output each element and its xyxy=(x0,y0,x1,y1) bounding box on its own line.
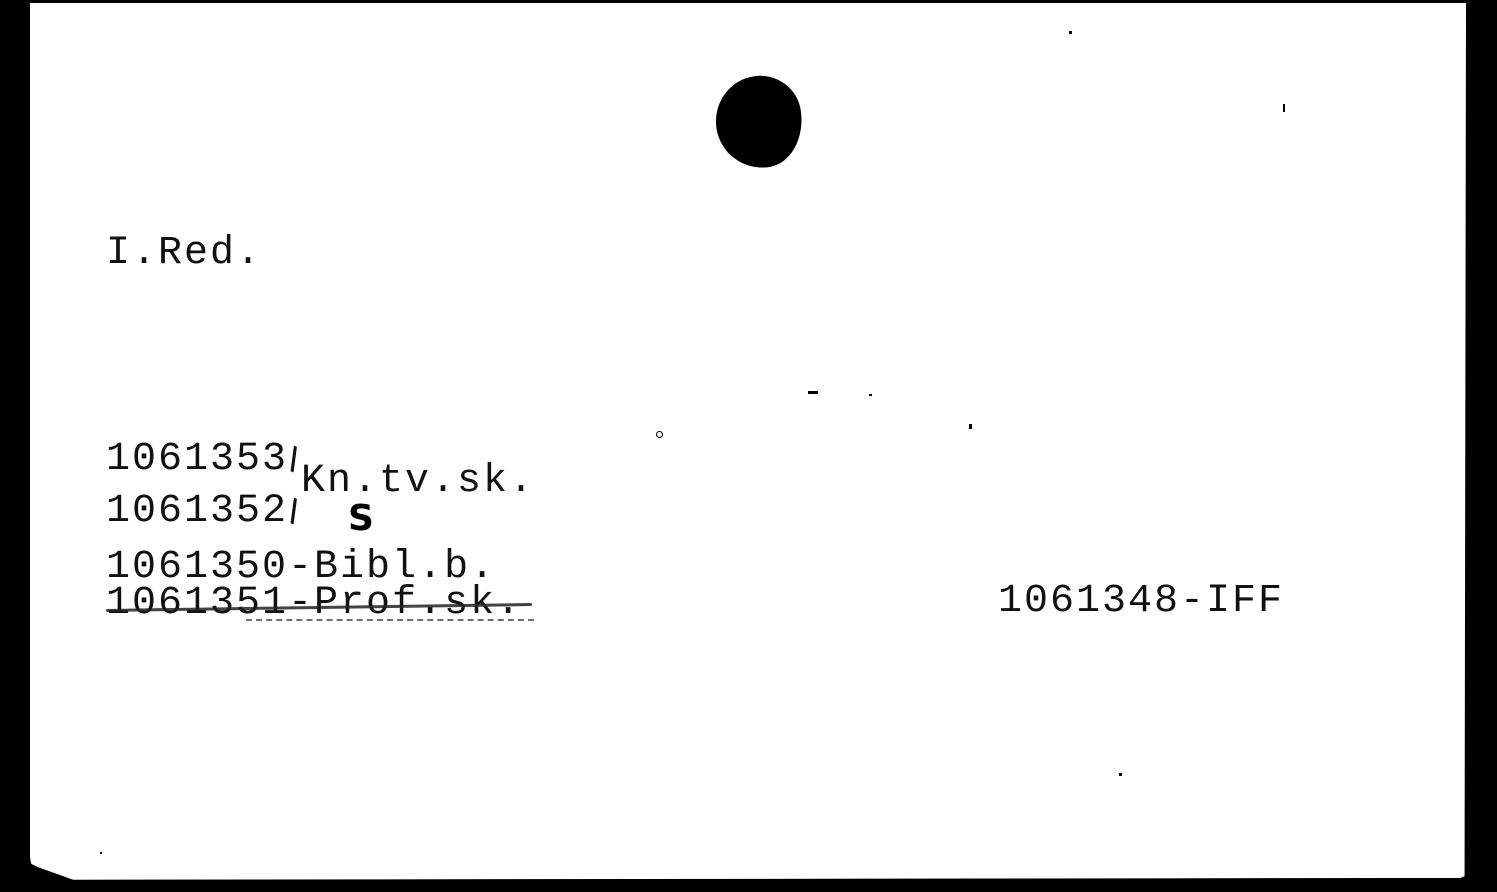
speck xyxy=(1119,773,1122,776)
entry-connector: - xyxy=(288,581,314,626)
struck-through-text: 1061351-Prof.sk. xyxy=(106,581,522,626)
entry-label: Kn.tv.sk. xyxy=(301,459,535,504)
speck xyxy=(656,431,663,438)
card-entry: 1061352\ xyxy=(106,492,301,532)
entry-connector: - xyxy=(1180,579,1206,624)
entry-number: 1061352 xyxy=(106,489,288,534)
speck xyxy=(869,394,872,396)
entry-number: 1061353 xyxy=(106,437,288,482)
entry-number: 1061351 xyxy=(106,581,288,626)
side-entry: 1061348-IFF xyxy=(998,582,1284,622)
handwritten-label: S xyxy=(348,498,374,539)
card-entry-struck: 1061351-Prof.sk. xyxy=(106,584,522,624)
scanned-card-image: I.Red. 1061353\Kn.tv.sk. 1061352\ S 1061… xyxy=(0,0,1497,892)
entry-label: Prof.sk. xyxy=(314,581,522,626)
entry-number: 1061348 xyxy=(998,579,1180,624)
card-heading: I.Red. xyxy=(106,234,262,274)
speck xyxy=(969,424,972,429)
card-entry: 1061353\Kn.tv.sk. xyxy=(106,440,535,480)
speck xyxy=(1069,31,1072,34)
speck xyxy=(1283,104,1285,112)
speck xyxy=(100,852,102,854)
entry-label: IFF xyxy=(1206,579,1284,624)
speck xyxy=(808,391,818,394)
